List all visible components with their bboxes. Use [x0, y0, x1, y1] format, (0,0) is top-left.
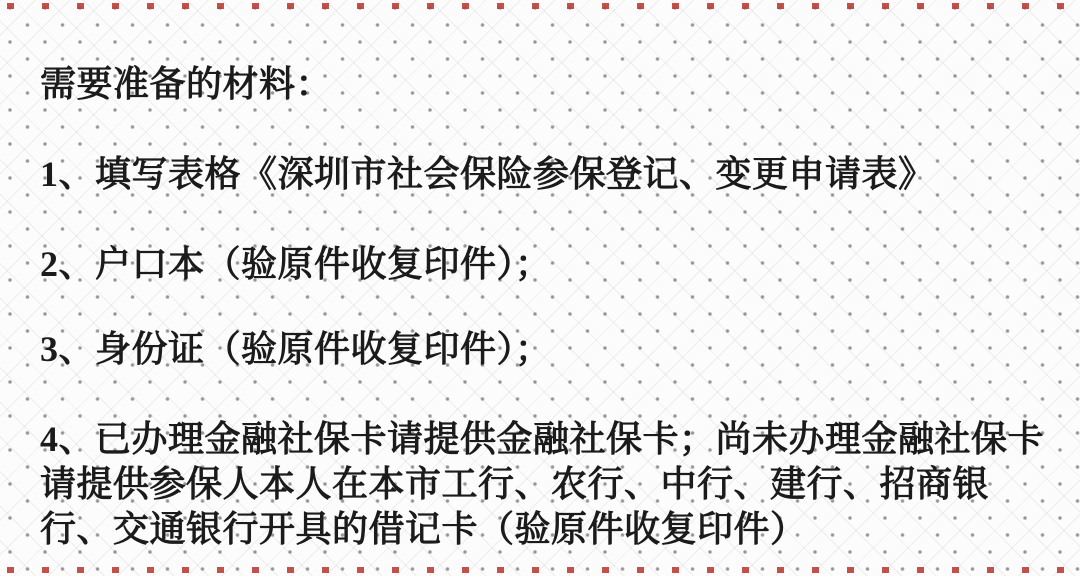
list-item-4: 4、已办理金融社保卡请提供金融社保卡；尚未办理金融社保卡请提供参保人本人在本市工…	[40, 417, 1052, 552]
list-item-2: 2、户口本（验原件收复印件）；	[40, 242, 552, 287]
top-edge-dashes	[0, 3, 1080, 9]
bottom-edge-dashes	[0, 567, 1080, 573]
list-item-1: 1、填写表格《深圳市社会保险参保登记、变更申请表》	[40, 152, 935, 197]
article-page: 需要准备的材料： 1、填写表格《深圳市社会保险参保登记、变更申请表》 2、户口本…	[0, 0, 1080, 576]
list-item-3: 3、身份证（验原件收复印件）；	[40, 327, 552, 372]
section-heading: 需要准备的材料：	[40, 62, 332, 107]
